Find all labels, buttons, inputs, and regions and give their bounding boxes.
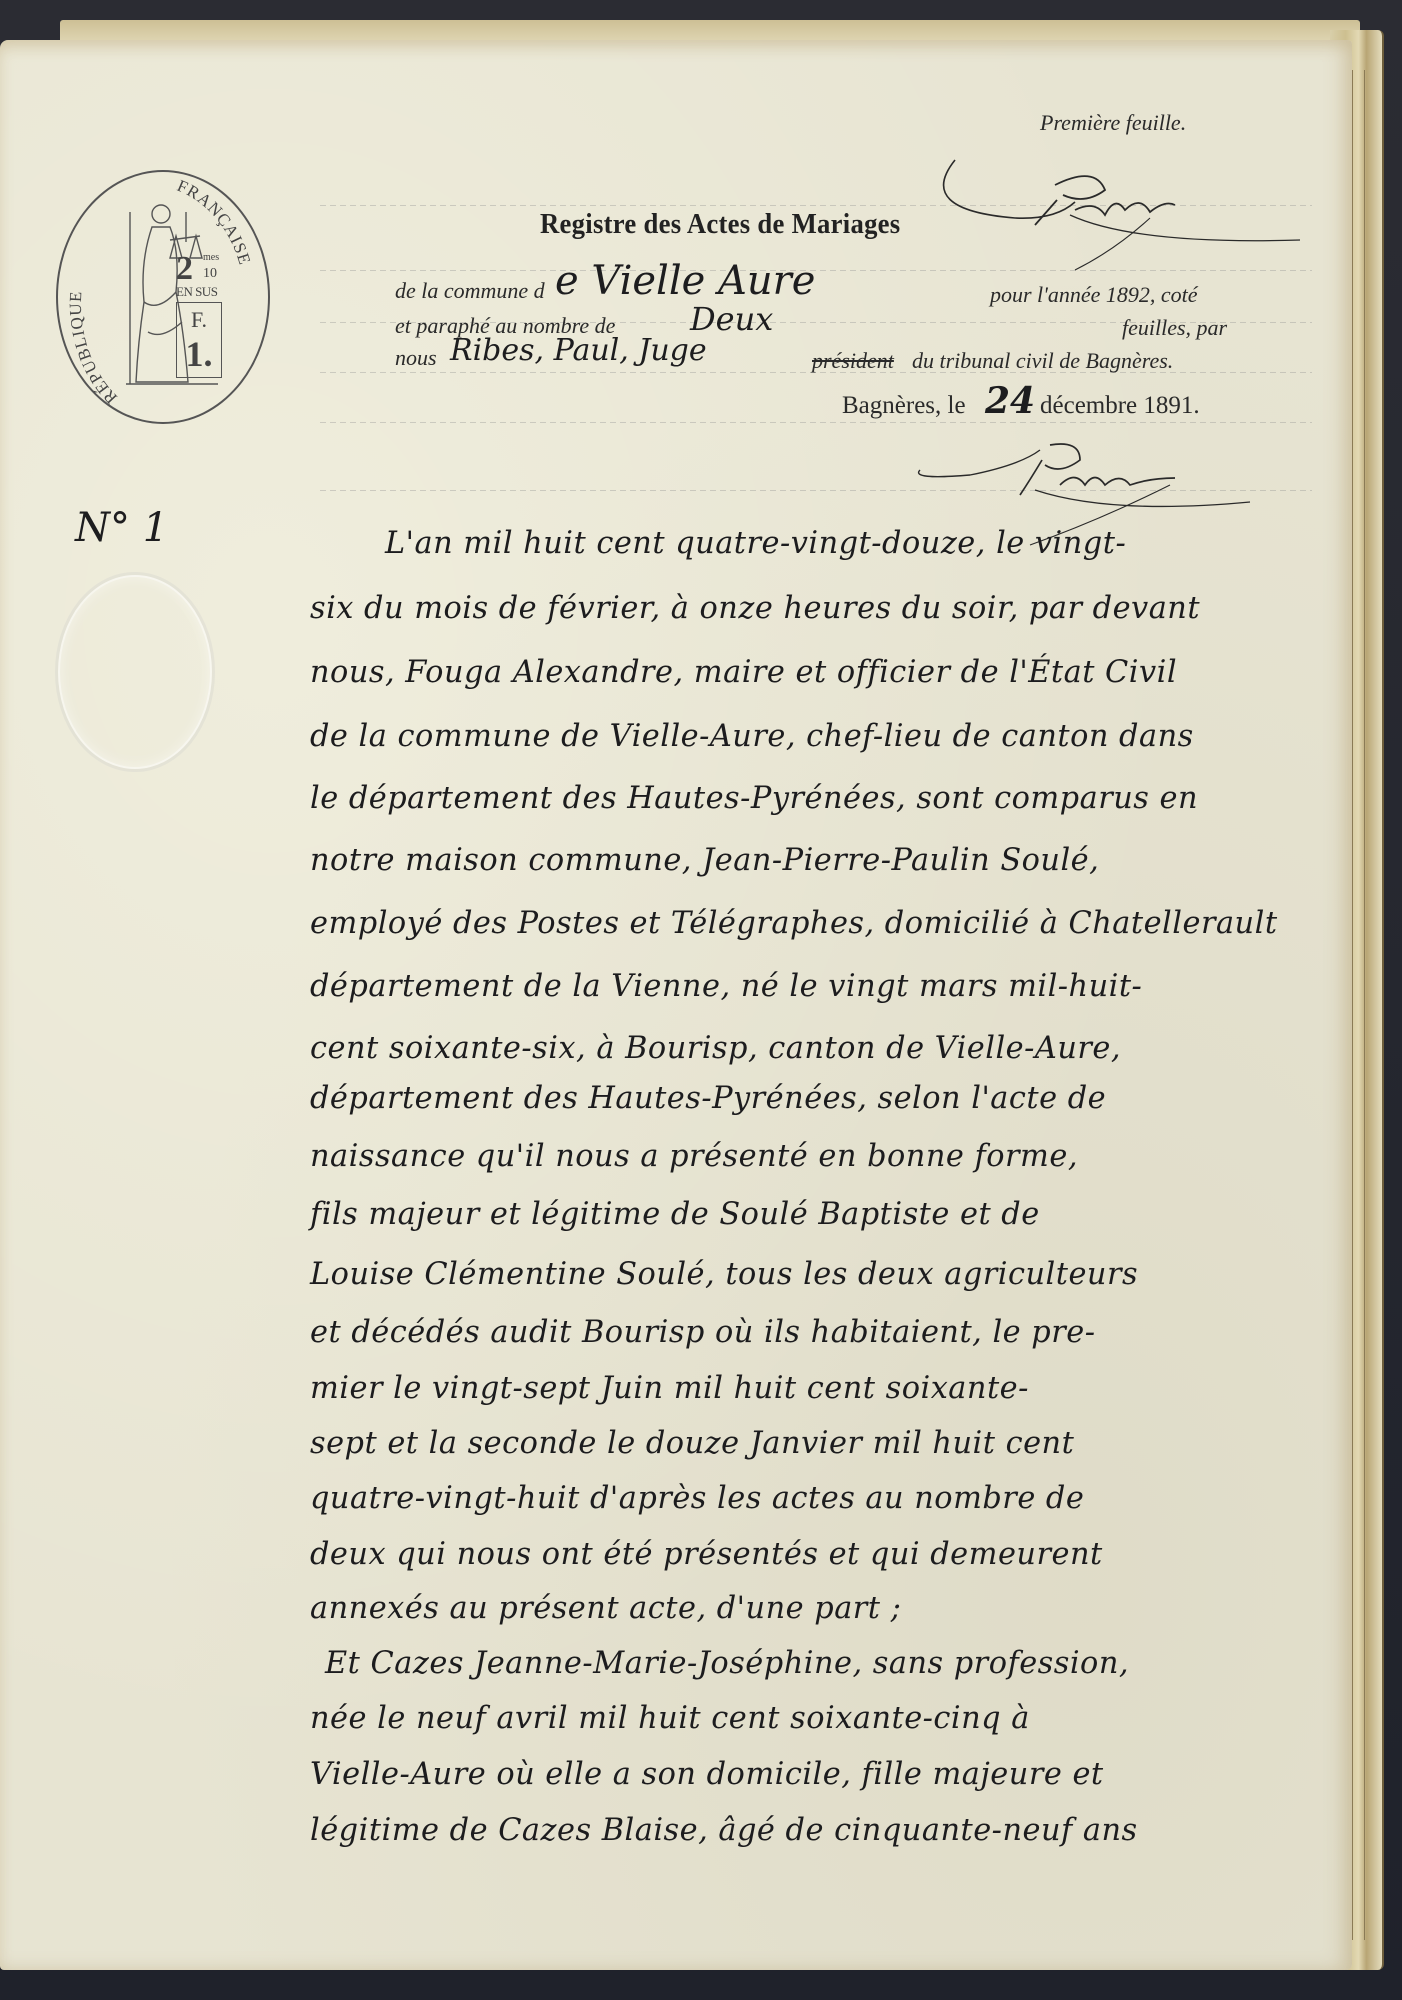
stamp-value-sup: mes	[203, 252, 219, 263]
body-line: employé des Postes et Télégraphes, domic…	[310, 905, 1278, 941]
stamp-value-main: 2	[176, 250, 193, 288]
body-line: nous, Fouga Alexandre, maire et officier…	[310, 654, 1177, 690]
header-judge-name: Ribes, Paul, Juge	[450, 333, 707, 368]
header-line3-prefix: nous	[395, 345, 437, 371]
body-line: fils majeur et légitime de Soulé Baptist…	[310, 1196, 1040, 1232]
body-line: mier le vingt-sept Juin mil huit cent so…	[310, 1370, 1029, 1406]
body-line: née le neuf avril mil huit cent soixante…	[310, 1700, 1030, 1736]
body-line: le département des Hautes-Pyrénées, sont…	[310, 780, 1198, 816]
body-line: département des Hautes-Pyrénées, selon l…	[310, 1080, 1106, 1116]
body-line: naissance qu'il nous a présenté en bonne…	[310, 1138, 1078, 1174]
stamp-box-letter: F.	[177, 307, 221, 333]
stamp-value-note: EN SUS	[176, 284, 217, 300]
header-struck-title: président	[812, 348, 894, 374]
body-line: L'an mil huit cent quatre-vingt-douze, l…	[385, 525, 1126, 561]
embossed-seal	[58, 575, 212, 769]
header-date-day: 24	[985, 380, 1035, 422]
body-line: Louise Clémentine Soulé, tous les deux a…	[310, 1256, 1138, 1292]
body-line: cent soixante-six, à Bourisp, canton de …	[310, 1030, 1121, 1066]
page-title: Registre des Actes de Mariages	[540, 208, 900, 241]
fiscal-stamp: RÉPUBLIQUE FRANÇAISE 2 mes 10 EN SUS F. …	[56, 170, 270, 424]
body-line: quatre-vingt-huit d'après les actes au n…	[310, 1480, 1084, 1516]
body-line: département de la Vienne, né le vingt ma…	[310, 968, 1142, 1004]
stamp-legend-icon: RÉPUBLIQUE FRANÇAISE	[58, 172, 268, 422]
body-line: six du mois de février, à onze heures du…	[310, 590, 1200, 626]
body-line: Et Cazes Jeanne-Marie-Joséphine, sans pr…	[325, 1645, 1129, 1681]
stamp-box-value: 1.	[177, 333, 221, 375]
act-number: N° 1	[75, 505, 168, 551]
signature-icon	[935, 140, 1235, 280]
stamp-value-box: F. 1.	[176, 302, 222, 378]
header-commune: e Vielle Aure	[555, 258, 815, 304]
body-line: et décédés audit Bourisp où ils habitaie…	[310, 1314, 1095, 1350]
svg-text:RÉPUBLIQUE: RÉPUBLIQUE	[66, 290, 121, 407]
header-line1-prefix: de la commune d	[395, 278, 545, 304]
sheet-label: Première feuille.	[1040, 110, 1186, 136]
body-line: légitime de Cazes Blaise, âgé de cinquan…	[310, 1812, 1138, 1848]
body-line: sept et la seconde le douze Janvier mil …	[310, 1425, 1074, 1461]
header-date-suffix: décembre 1891.	[1040, 392, 1200, 420]
header-line2-suffix: feuilles, par	[1122, 315, 1227, 341]
header-date-prefix: Bagnères, le	[842, 392, 966, 420]
header-line3-suffix: du tribunal civil de Bagnères.	[912, 348, 1173, 374]
body-line: deux qui nous ont été présentés et qui d…	[310, 1536, 1103, 1572]
body-line: notre maison commune, Jean-Pierre-Paulin…	[310, 842, 1099, 878]
stamp-legend-left: RÉPUBLIQUE	[66, 290, 121, 407]
stamp-value-den: 10	[203, 266, 217, 282]
body-line: annexés au présent acte, d'une part ;	[310, 1590, 901, 1626]
header-line1-suffix: pour l'année 1892, coté	[990, 282, 1198, 308]
body-line: Vielle-Aure où elle a son domicile, fill…	[310, 1756, 1104, 1792]
body-line: de la commune de Vielle-Aure, chef-lieu …	[310, 718, 1194, 754]
